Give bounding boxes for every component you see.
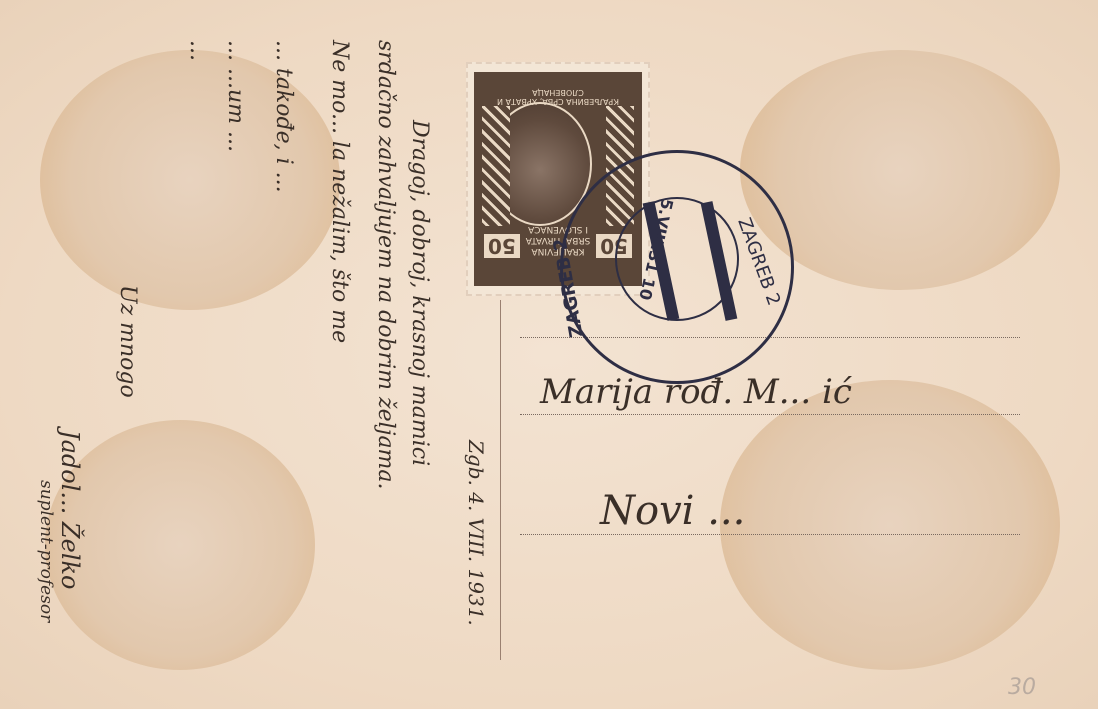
pencil-note: 30 <box>1008 675 1036 700</box>
message-line: ... takođe, i ... <box>271 40 296 193</box>
stamp-country-cyrillic: КРАЉЕВИНА СРБА, ХРВАТА И СЛОВЕНАЦА <box>484 88 632 106</box>
message-line: ... ...um ... <box>223 40 248 152</box>
center-divider <box>500 300 501 660</box>
signature: Jadol... Želko <box>56 430 84 589</box>
message-line: srdačno zahvaljujem na dobrim željama. <box>373 40 398 490</box>
postmark: 5.VIII.31 10 ZAGREB 2 ZAGREB 2 <box>560 150 794 384</box>
signature-title: suplent-profesor <box>36 480 56 622</box>
message-line: Ne mo... la nežalim, što me <box>327 40 352 343</box>
message-line: ... <box>185 40 210 61</box>
message-line: Dragoj, dobroj, krasnoj mamici <box>407 120 432 466</box>
message-closing: Uz mnogo <box>115 285 140 398</box>
stain <box>45 420 315 670</box>
address-city: Novi ... <box>600 488 745 534</box>
postcard: 50 50 KRALJEVINA SRBA, HRVATA I SLOVENAC… <box>0 0 1098 709</box>
stamp-ornament <box>482 106 510 226</box>
stamp-value: 50 <box>484 234 520 258</box>
postmark-city: ZAGREB 2 <box>733 215 784 308</box>
address-name: Marija rođ. M... ić <box>540 372 852 412</box>
address-line <box>520 414 1020 415</box>
stain <box>720 380 1060 670</box>
message-date: Zgb. 4. VIII. 1931. <box>464 440 488 626</box>
address-line <box>520 534 1020 535</box>
